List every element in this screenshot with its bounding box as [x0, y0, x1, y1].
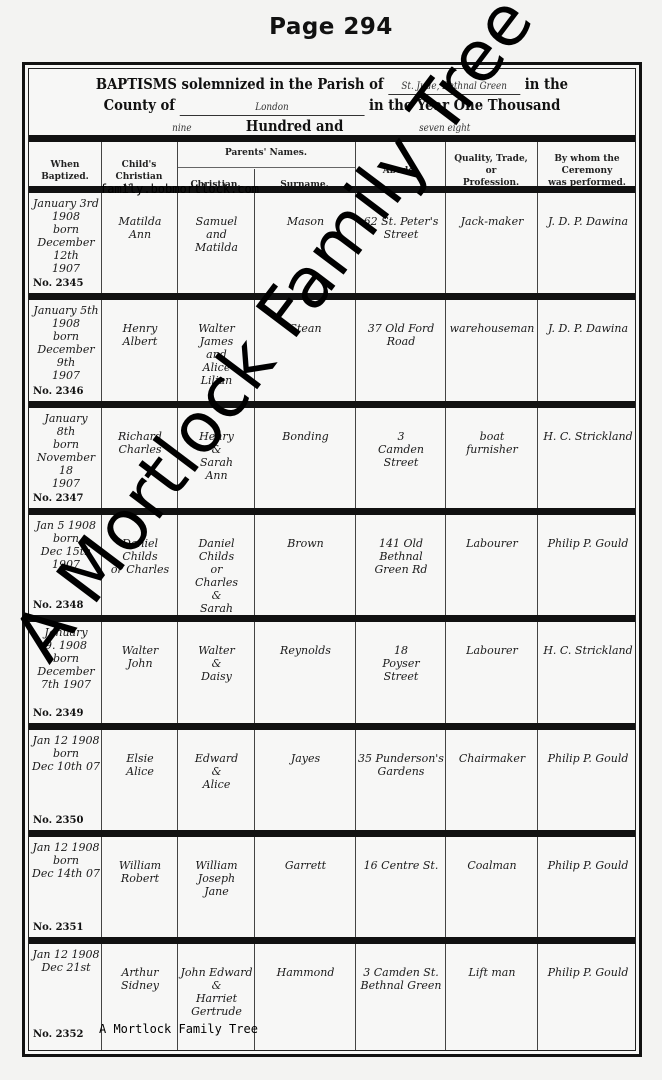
cell-quality: Chairmaker	[447, 752, 537, 765]
cell-parents-christian: Samuel and Matilda	[179, 215, 254, 254]
parents-sub-rule	[178, 167, 355, 168]
cell-ceremony-by: H. C. Strickland	[539, 644, 637, 657]
cell-when-baptized: Jan 5 1908 born Dec 15th 1907	[31, 519, 101, 571]
cell-parents-christian: William Joseph Jane	[179, 859, 254, 898]
cell-surname: Brown	[256, 537, 355, 550]
page-title: Page 294	[0, 14, 662, 40]
footer-watermark: A Mortlock Family Tree	[99, 1022, 258, 1036]
col-quality: Quality, Trade, or Profession.	[445, 153, 537, 189]
register-inner-border: BAPTISMS solemnized in the Parish of St.…	[28, 68, 636, 1051]
cell-ceremony-by: Philip P. Gould	[539, 537, 637, 550]
column-divider	[101, 142, 102, 1050]
cell-quality: Labourer	[447, 644, 537, 657]
cell-surname: Mason	[256, 215, 355, 228]
cell-when-baptized: Jan 12 1908 born Dec 10th 07	[31, 734, 101, 773]
cell-surname: Jayes	[256, 752, 355, 765]
cell-when-baptized: January 5th 1908 born December 9th 1907	[31, 304, 101, 382]
cell-quality: Jack-maker	[447, 215, 537, 228]
cell-child-name: William Robert	[103, 859, 177, 885]
cell-when-baptized: January 8th born November 18 1907	[31, 412, 101, 490]
column-divider	[355, 142, 356, 1050]
cell-surname: Reynolds	[256, 644, 355, 657]
cell-quality: boat furnisher	[447, 430, 537, 456]
col-abode: Abode.	[355, 165, 445, 177]
cell-when-baptized: Jan 12 1908 Dec 21st	[31, 948, 101, 974]
cell-parents-christian: Henry & Sarah Ann	[179, 430, 254, 482]
cell-parents-christian: John Edward & Harriet Gertrude	[179, 966, 254, 1018]
cell-child-name: Arthur Sidney	[103, 966, 177, 992]
header-text: County of	[104, 96, 175, 114]
cell-parents-christian: Edward & Alice	[179, 752, 254, 791]
cell-ceremony-by: Philip P. Gould	[539, 752, 637, 765]
header-text: BAPTISMS solemnized in the Parish of	[96, 75, 384, 93]
entry-number: No. 2351	[33, 922, 83, 933]
cell-abode: 141 Old Bethnal Green Rd	[357, 537, 445, 576]
col-when-baptized: When Baptized.	[29, 159, 101, 183]
county-field: London	[180, 101, 365, 116]
cell-ceremony-by: J. D. P. Dawina	[539, 322, 637, 335]
cell-child-name: Matilda Ann	[103, 215, 177, 241]
entry-number: No. 2346	[33, 386, 83, 397]
row-rule	[29, 723, 635, 730]
cell-abode: 16 Centre St.	[357, 859, 445, 872]
cell-child-name: Walter John	[103, 644, 177, 670]
row-rule	[29, 508, 635, 515]
col-parents-names: Parents' Names.	[177, 147, 355, 159]
cell-abode: 3 Camden Street	[357, 430, 445, 469]
baptism-register-page: BAPTISMS solemnized in the Parish of St.…	[22, 62, 642, 1057]
cell-ceremony-by: H. C. Strickland	[539, 430, 637, 443]
cell-parents-christian: Daniel Childs or Charles & Sarah	[179, 537, 254, 615]
cell-ceremony-by: Philip P. Gould	[539, 966, 637, 979]
row-rule	[29, 615, 635, 622]
header-parish-line: BAPTISMS solemnized in the Parish of St.…	[65, 75, 598, 95]
cell-abode: 37 Old Ford Road	[357, 322, 445, 348]
cell-quality: warehouseman	[447, 322, 537, 335]
cell-ceremony-by: Philip P. Gould	[539, 859, 637, 872]
cell-when-baptized: Jan 12 1908 born Dec 14th 07	[31, 841, 101, 880]
cell-surname: Bonding	[256, 430, 355, 443]
cell-abode: 3 Camden St. Bethnal Green	[357, 966, 445, 992]
cell-ceremony-by: J. D. P. Dawina	[539, 215, 637, 228]
col-ceremony-by: By whom the Ceremony was performed.	[537, 153, 637, 189]
column-divider	[177, 142, 178, 1050]
entry-number: No. 2352	[33, 1029, 83, 1040]
header-year-line: nine Hundred and seven eight	[65, 117, 598, 137]
header-text: Hundred and	[246, 117, 343, 135]
header-text: in the Year One Thousand	[369, 96, 560, 114]
cell-child-name: Richard Charles	[103, 430, 177, 456]
entry-number: No. 2347	[33, 493, 83, 504]
column-divider	[445, 142, 446, 1050]
parish-field: St. Jude, Bethnal Green	[388, 80, 520, 95]
row-rule	[29, 937, 635, 944]
cell-quality: Coalman	[447, 859, 537, 872]
cell-abode: 62 St. Peter's Street	[357, 215, 445, 241]
cell-child-name: Daniel Childs or Charles	[103, 537, 177, 576]
cell-quality: Labourer	[447, 537, 537, 550]
entry-number: No. 2345	[33, 278, 83, 289]
cell-child-name: Elsie Alice	[103, 752, 177, 778]
column-divider	[537, 142, 538, 1050]
entry-number: No. 2348	[33, 600, 83, 611]
entry-number: No. 2349	[33, 708, 83, 719]
cell-quality: Lift man	[447, 966, 537, 979]
entry-number: No. 2350	[33, 815, 83, 826]
header-text: in the	[525, 75, 568, 93]
cell-abode: 35 Punderson's Gardens	[357, 752, 445, 778]
column-divider	[254, 169, 255, 1050]
row-rule	[29, 401, 635, 408]
cell-parents-christian: Walter James and Alice Lilian	[179, 322, 254, 387]
row-rule	[29, 830, 635, 837]
cell-surname: Hammond	[256, 966, 355, 979]
cell-when-baptized: January 9. 1908 born December 7th 1907	[31, 626, 101, 691]
cell-abode: 18 Poyser Street	[357, 644, 445, 683]
row-rule	[29, 293, 635, 300]
cell-surname: Garrett	[256, 859, 355, 872]
site-watermark: family.bobmortlock.com	[100, 182, 259, 196]
cell-when-baptized: January 3rd 1908 born December 12th 1907	[31, 197, 101, 275]
cell-parents-christian: Walter & Daisy	[179, 644, 254, 683]
cell-child-name: Henry Albert	[103, 322, 177, 348]
header-county-line: County of London in the Year One Thousan…	[65, 96, 598, 116]
header-rule	[29, 135, 635, 142]
cell-surname: Stean	[256, 322, 355, 335]
